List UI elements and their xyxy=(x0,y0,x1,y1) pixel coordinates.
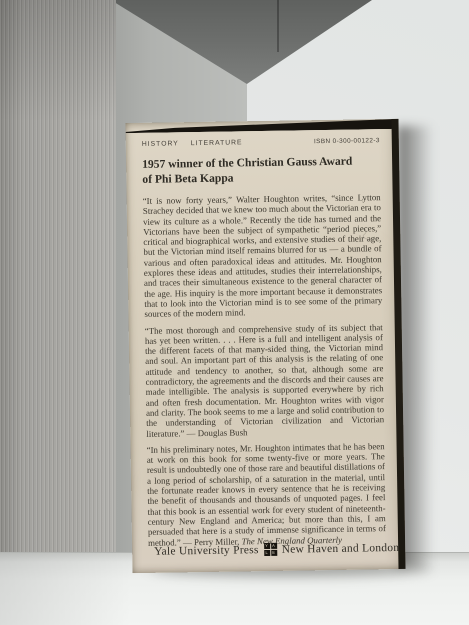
review-perry-miller-text: “In his preliminary notes, Mr. Houghton … xyxy=(147,441,386,547)
award-heading-line2: of Phi Beta Kappa xyxy=(142,169,380,187)
isbn-label: ISBN 0-300-00122-3 xyxy=(314,137,380,145)
genre-label-history: HISTORY xyxy=(142,140,179,148)
publisher-row: Yale University Press Y A L E New Haven … xyxy=(154,541,386,558)
logo-square-e: E xyxy=(271,550,277,556)
pencil-mark xyxy=(359,225,375,245)
award-heading: 1957 winner of the Christian Gauss Award… xyxy=(142,154,380,187)
book-back-cover: HISTORY LITERATURE ISBN 0-300-00122-3 19… xyxy=(125,119,405,573)
publisher-location: New Haven and London xyxy=(282,541,400,555)
publisher-name: Yale University Press xyxy=(154,544,259,558)
genre-isbn-row: HISTORY LITERATURE ISBN 0-300-00122-3 xyxy=(142,137,380,148)
cover-content: HISTORY LITERATURE ISBN 0-300-00122-3 19… xyxy=(142,137,387,561)
photo-scene: HISTORY LITERATURE ISBN 0-300-00122-3 19… xyxy=(0,0,469,625)
logo-square-l: L xyxy=(264,550,270,556)
wall-seam-line xyxy=(277,0,279,52)
logo-square-y: Y xyxy=(264,543,270,549)
left-textured-wall xyxy=(0,0,116,556)
logo-square-a: A xyxy=(271,543,277,549)
review-blurbs: “It is now forty years,” Walter Houghton… xyxy=(143,192,386,547)
genre-label-literature: LITERATURE xyxy=(191,139,243,147)
publisher-blurb-paragraph: “It is now forty years,” Walter Houghton… xyxy=(143,192,383,319)
yale-press-logo-icon: Y A L E xyxy=(264,543,277,556)
review-douglas-bush: “The most thorough and comprehensive stu… xyxy=(145,322,385,439)
review-perry-miller: “In his preliminary notes, Mr. Houghton … xyxy=(147,441,387,548)
